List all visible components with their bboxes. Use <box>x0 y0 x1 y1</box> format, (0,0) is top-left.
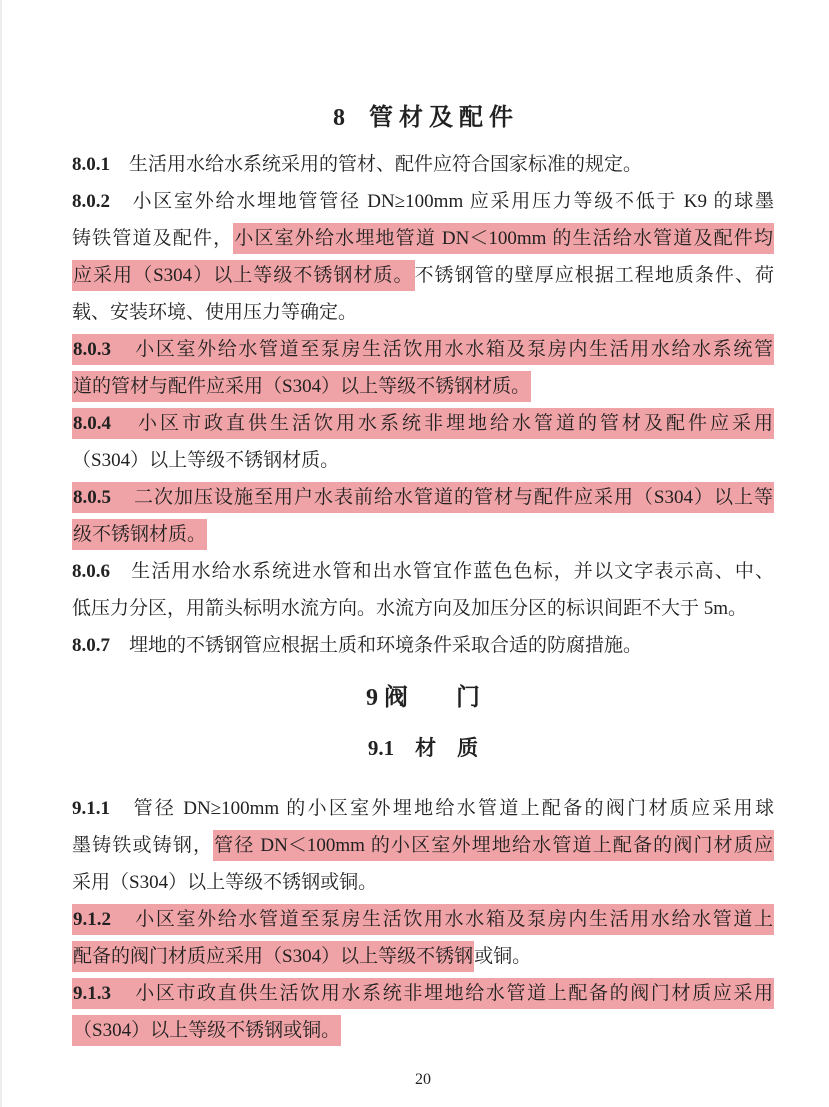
body-text: 生活用水给水系统采用的管材、配件应符合国家标准的规定。 <box>110 154 642 175</box>
clause-number: 8.0.2 <box>72 191 110 212</box>
highlighted-text: 管径 DN＜100mm 的小区室外埋地给水管道上配备的阀门材质应 <box>213 830 774 861</box>
text-line: 8.0.1 生活用水给水系统采用的管材、配件应符合国家标准的规定。 <box>72 146 774 183</box>
highlighted-text: 9.1.2 <box>72 904 112 935</box>
text-line: 道的管材与配件应采用（S304）以上等级不锈钢材质。 <box>72 368 774 405</box>
highlighted-text: 9.1.3 <box>72 978 112 1009</box>
text-line: 8.0.5 二次加压设施至用户水表前给水管道的管材与配件应采用（S304）以上等 <box>72 479 774 516</box>
clause-number: 8.0.1 <box>72 154 110 175</box>
body-text: 管径 DN≥100mm 的小区室外埋地给水管道上配备的阀门材质应采用球 <box>110 798 774 819</box>
highlighted-text: 级不锈钢材质。 <box>72 519 207 550</box>
highlighted-text: 小区市政直供生活饮用水系统非埋地给水管道的管材及配件应采用 <box>112 408 774 439</box>
clause-8-0-7: 8.0.7 埋地的不锈钢管应根据土质和环境条件采取合适的防腐措施。 <box>72 627 774 664</box>
highlighted-text: 道的管材与配件应采用（S304）以上等级不锈钢材质。 <box>72 371 531 402</box>
body-text: 墨铸铁或铸钢， <box>72 835 213 856</box>
highlighted-text: 8.0.5 <box>72 482 112 513</box>
text-line: 9.1.1 管径 DN≥100mm 的小区室外埋地给水管道上配备的阀门材质应采用… <box>72 790 774 827</box>
clause-number: 8.0.7 <box>72 635 110 656</box>
body-text: 低压力分区，用箭头标明水流方向。水流方向及加压分区的标识间距不大于 5m。 <box>72 598 747 619</box>
text-line: 铸铁管道及配件，小区室外给水埋地管道 DN＜100mm 的生活给水管道及配件均 <box>72 220 774 257</box>
document-page: 8 管 材 及 配 件8.0.1 生活用水给水系统采用的管材、配件应符合国家标准… <box>2 0 829 1107</box>
clause-9-1-3: 9.1.3 小区市政直供生活饮用水系统非埋地给水管道上配备的阀门材质应采用（S3… <box>72 975 774 1049</box>
text-line: 低压力分区，用箭头标明水流方向。水流方向及加压分区的标识间距不大于 5m。 <box>72 590 774 627</box>
highlighted-text: 小区室外给水埋地管道 DN＜100mm 的生活给水管道及配件均 <box>233 223 774 254</box>
clause-number: 8.0.6 <box>72 561 110 582</box>
body-text: （S304）以上等级不锈钢材质。 <box>72 450 339 471</box>
body-text: 或铜。 <box>474 946 531 967</box>
text-line: （S304）以上等级不锈钢材质。 <box>72 442 774 479</box>
text-line: 9.1.3 小区市政直供生活饮用水系统非埋地给水管道上配备的阀门材质应采用 <box>72 975 774 1012</box>
clause-8-0-6: 8.0.6 生活用水给水系统进水管和出水管宜作蓝色色标，并以文字表示高、中、低压… <box>72 553 774 627</box>
body-text: 生活用水给水系统进水管和出水管宜作蓝色色标，并以文字表示高、中、 <box>110 561 774 582</box>
highlighted-text: 配备的阀门材质应采用（S304）以上等级不锈钢 <box>72 941 474 972</box>
text-line: 8.0.6 生活用水给水系统进水管和出水管宜作蓝色色标，并以文字表示高、中、 <box>72 553 774 590</box>
text-line: 配备的阀门材质应采用（S304）以上等级不锈钢或铜。 <box>72 938 774 975</box>
body-text: 埋地的不锈钢管应根据土质和环境条件采取合适的防腐措施。 <box>110 635 642 656</box>
clause-9-1-2: 9.1.2 小区室外给水管道至泵房生活饮用水水箱及泵房内生活用水给水管道上配备的… <box>72 901 774 975</box>
highlighted-text: 应采用（S304）以上等级不锈钢材质。 <box>72 260 415 291</box>
text-line: 8.0.3 小区室外给水管道至泵房生活饮用水水箱及泵房内生活用水给水系统管 <box>72 331 774 368</box>
text-line: （S304）以上等级不锈钢或铜。 <box>72 1012 774 1049</box>
highlighted-text: 8.0.3 <box>72 334 112 365</box>
text-line: 级不锈钢材质。 <box>72 516 774 553</box>
section-8-heading: 8 管 材 及 配 件 <box>72 100 774 136</box>
highlighted-text: 小区市政直供生活饮用水系统非埋地给水管道上配备的阀门材质应采用 <box>112 978 774 1009</box>
document-body: 8 管 材 及 配 件8.0.1 生活用水给水系统采用的管材、配件应符合国家标准… <box>72 100 774 1049</box>
text-line: 8.0.4 小区市政直供生活饮用水系统非埋地给水管道的管材及配件应采用 <box>72 405 774 442</box>
clause-9-1-1: 9.1.1 管径 DN≥100mm 的小区室外埋地给水管道上配备的阀门材质应采用… <box>72 790 774 901</box>
clause-8-0-3: 8.0.3 小区室外给水管道至泵房生活饮用水水箱及泵房内生活用水给水系统管道的管… <box>72 331 774 405</box>
highlighted-text: 小区室外给水管道至泵房生活饮用水水箱及泵房内生活用水给水管道上 <box>112 904 774 935</box>
text-line: 9.1.2 小区室外给水管道至泵房生活饮用水水箱及泵房内生活用水给水管道上 <box>72 901 774 938</box>
body-text: 载、安装环境、使用压力等确定。 <box>72 302 357 323</box>
body-text: 不锈钢管的壁厚应根据工程地质条件、荷 <box>415 265 774 286</box>
clause-8-0-1: 8.0.1 生活用水给水系统采用的管材、配件应符合国家标准的规定。 <box>72 146 774 183</box>
body-text: 采用（S304）以上等级不锈钢或铜。 <box>72 872 377 893</box>
text-line: 应采用（S304）以上等级不锈钢材质。不锈钢管的壁厚应根据工程地质条件、荷 <box>72 257 774 294</box>
highlighted-text: （S304）以上等级不锈钢或铜。 <box>72 1015 341 1046</box>
text-line: 8.0.7 埋地的不锈钢管应根据土质和环境条件采取合适的防腐措施。 <box>72 627 774 664</box>
clause-8-0-4: 8.0.4 小区市政直供生活饮用水系统非埋地给水管道的管材及配件应采用（S304… <box>72 405 774 479</box>
clause-8-0-2: 8.0.2 小区室外给水埋地管管径 DN≥100mm 应采用压力等级不低于 K9… <box>72 183 774 331</box>
highlighted-text: 8.0.4 <box>72 408 112 439</box>
section-9-heading: 9 阀 门 <box>72 680 774 716</box>
clause-8-0-5: 8.0.5 二次加压设施至用户水表前给水管道的管材与配件应采用（S304）以上等… <box>72 479 774 553</box>
page-number: 20 <box>72 1069 774 1091</box>
section-9-1-heading: 9.1 材 质 <box>72 732 774 764</box>
highlighted-text: 小区室外给水管道至泵房生活饮用水水箱及泵房内生活用水给水系统管 <box>112 334 774 365</box>
text-line: 采用（S304）以上等级不锈钢或铜。 <box>72 864 774 901</box>
text-line: 8.0.2 小区室外给水埋地管管径 DN≥100mm 应采用压力等级不低于 K9… <box>72 183 774 220</box>
body-text: 小区室外给水埋地管管径 DN≥100mm 应采用压力等级不低于 K9 的球墨 <box>110 191 774 212</box>
body-text: 铸铁管道及配件， <box>72 228 233 249</box>
text-line: 载、安装环境、使用压力等确定。 <box>72 294 774 331</box>
text-line: 墨铸铁或铸钢，管径 DN＜100mm 的小区室外埋地给水管道上配备的阀门材质应 <box>72 827 774 864</box>
clause-number: 9.1.1 <box>72 798 110 819</box>
highlighted-text: 二次加压设施至用户水表前给水管道的管材与配件应采用（S304）以上等 <box>112 482 774 513</box>
